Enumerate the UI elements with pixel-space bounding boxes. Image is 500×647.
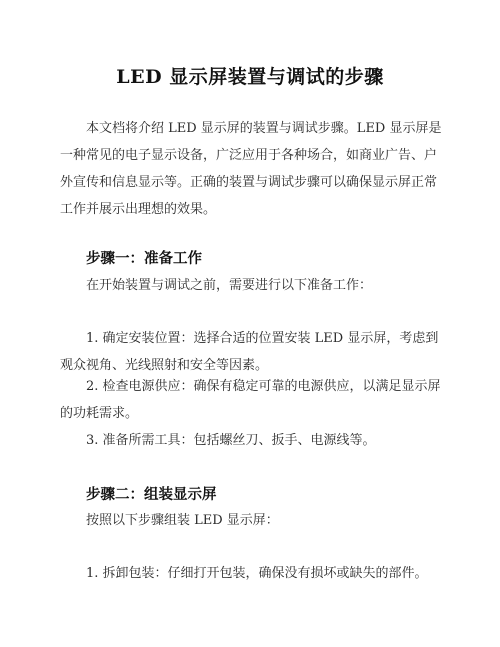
intro-paragraph: 本文档将介绍 LED 显示屏的装置与调试步骤。LED 显示屏是一种常见的电子显示… bbox=[60, 115, 445, 223]
document-page: LED 显示屏装置与调试的步骤 本文档将介绍 LED 显示屏的装置与调试步骤。L… bbox=[0, 0, 500, 647]
section-lead-step-2: 按照以下步骤组装 LED 显示屏： bbox=[60, 507, 445, 534]
list-item: 1. 拆卸包装：仔细打开包装，确保没有损坏或缺失的部件。 bbox=[60, 560, 445, 587]
section-heading-step-1: 步骤一：准备工作 bbox=[86, 247, 202, 268]
section-heading-step-2: 步骤二：组装显示屏 bbox=[86, 483, 217, 504]
section-lead-step-1: 在开始装置与调试之前，需要进行以下准备工作： bbox=[60, 272, 445, 299]
list-item: 1. 确定安装位置：选择合适的位置安装 LED 显示屏，考虑到观众视角、光线照射… bbox=[60, 325, 445, 379]
document-title: LED 显示屏装置与调试的步骤 bbox=[0, 62, 500, 89]
list-item: 2. 检查电源供应：确保有稳定可靠的电源供应，以满足显示屏的功耗需求。 bbox=[60, 373, 445, 427]
list-item: 3. 准备所需工具：包括螺丝刀、扳手、电源线等。 bbox=[60, 427, 445, 454]
